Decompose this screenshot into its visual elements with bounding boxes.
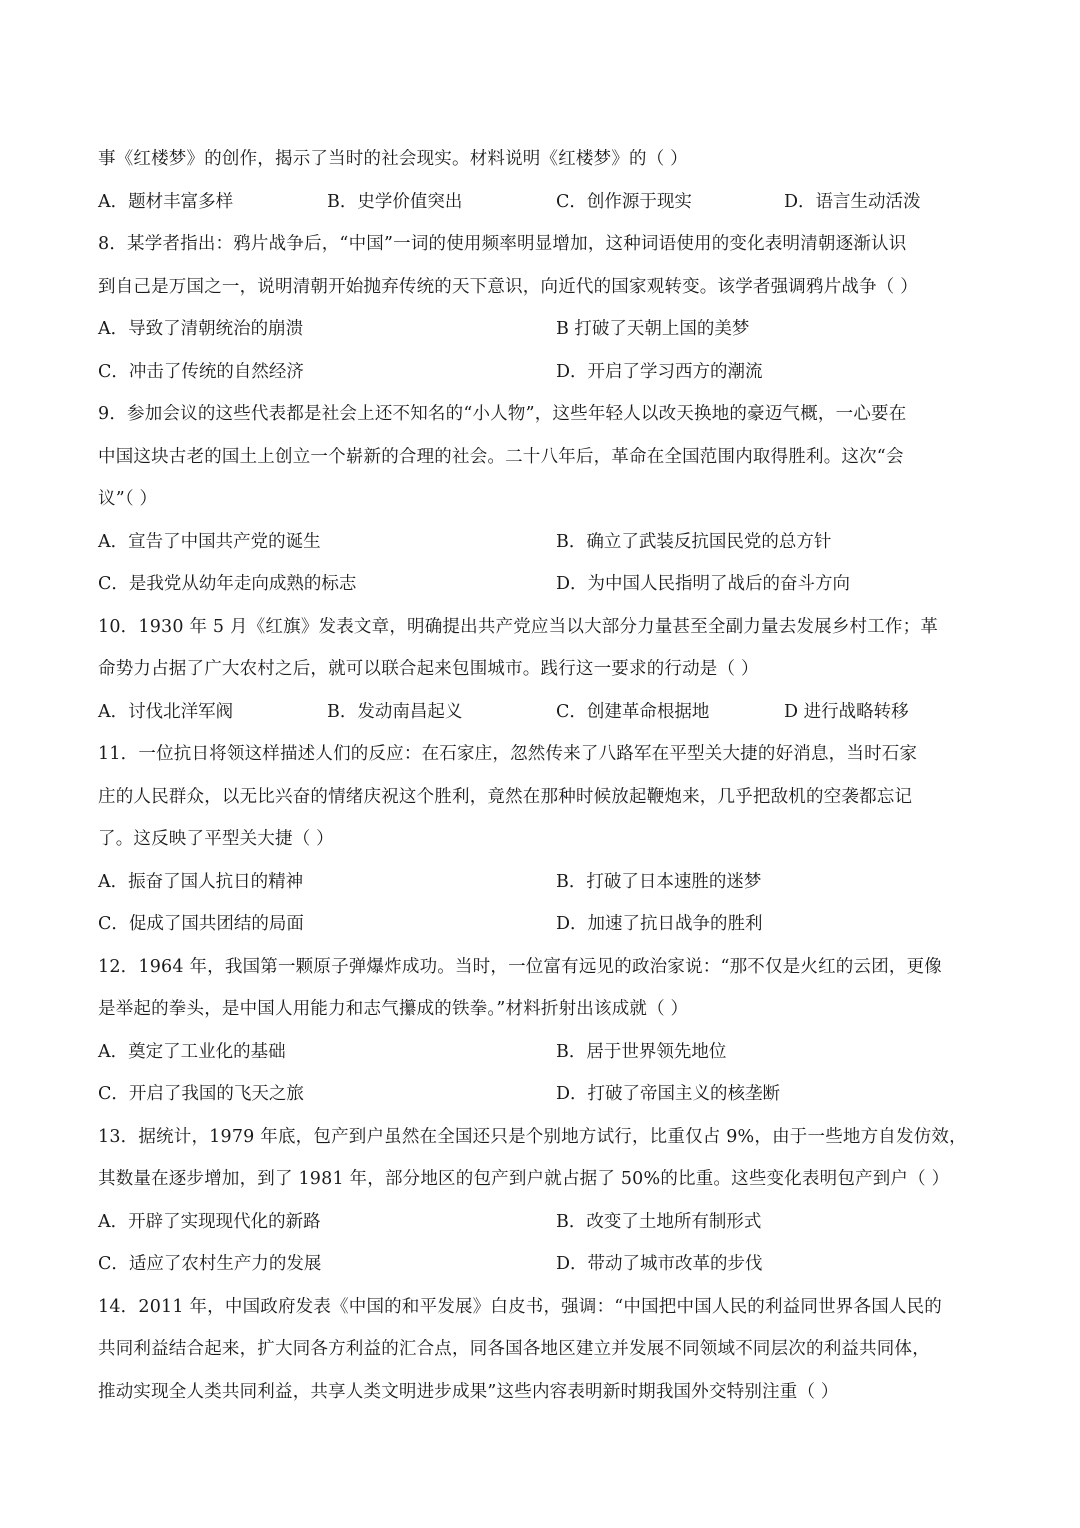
options-row: C．促成了国共团结的局面 D．加速了抗日战争的胜利: [98, 903, 998, 946]
option-b: B．改变了土地所有制形式: [556, 1201, 761, 1244]
question-stem-line: 庄的人民群众，以无比兴奋的情绪庆祝这个胜利，竟然在那种时候放起鞭炮来，几乎把敌机…: [98, 776, 998, 819]
option-d: D．打破了帝国主义的核垄断: [556, 1073, 780, 1116]
question-stem-line: 8．某学者指出：鸦片战争后，“中国”一词的使用频率明显增加，这种词语使用的变化表…: [98, 223, 998, 266]
option-c: C．开启了我国的飞天之旅: [98, 1073, 304, 1116]
question-stem-line: 共同利益结合起来，扩大同各方利益的汇合点，同各国各地区建立并发展不同领域不同层次…: [98, 1328, 998, 1371]
option-d: D 进行战略转移: [784, 691, 909, 734]
question-stem-line: 14．2011 年，中国政府发表《中国的和平发展》白皮书，强调：“中国把中国人民…: [98, 1286, 998, 1329]
question-stem-line: 到自己是万国之一，说明清朝开始抛弃传统的天下意识，向近代的国家观转变。该学者强调…: [98, 266, 998, 309]
question-stem-line: 了。这反映了平型关大捷（ ）: [98, 818, 998, 861]
option-b: B．史学价值突出: [327, 181, 462, 224]
option-b: B．打破了日本速胜的迷梦: [556, 861, 761, 904]
options-row: C．冲击了传统的自然经济 D．开启了学习西方的潮流: [98, 351, 998, 394]
option-b: B．居于世界领先地位: [556, 1031, 726, 1074]
options-row: A．奠定了工业化的基础 B．居于世界领先地位: [98, 1031, 998, 1074]
question-stem-line: 推动实现全人类共同利益，共享人类文明进步成果”这些内容表明新时期我国外交特别注重…: [98, 1371, 998, 1414]
option-b: B．确立了武装反抗国民党的总方针: [556, 521, 831, 564]
question-10: 10．1930 年 5 月《红旗》发表文章，明确提出共产党应当以大部分力量甚至全…: [98, 606, 998, 734]
question-stem-line: 10．1930 年 5 月《红旗》发表文章，明确提出共产党应当以大部分力量甚至全…: [98, 606, 998, 649]
question-stem-line: 13．据统计，1979 年底，包产到户虽然在全国还只是个别地方试行，比重仅占 9…: [98, 1116, 998, 1159]
options-row: C．适应了农村生产力的发展 D．带动了城市改革的步伐: [98, 1243, 998, 1286]
options-row: C．开启了我国的飞天之旅 D．打破了帝国主义的核垄断: [98, 1073, 998, 1116]
options-row: A．振奋了国人抗日的精神 B．打破了日本速胜的迷梦: [98, 861, 998, 904]
options-row: C．是我党从幼年走向成熟的标志 D．为中国人民指明了战后的奋斗方向: [98, 563, 998, 606]
question-8: 8．某学者指出：鸦片战争后，“中国”一词的使用频率明显增加，这种词语使用的变化表…: [98, 223, 998, 393]
question-stem-line: 中国这块古老的国土上创立一个崭新的合理的社会。二十八年后，革命在全国范围内取得胜…: [98, 436, 998, 479]
option-a: A．讨伐北洋军阀: [98, 691, 233, 734]
question-11: 11．一位抗日将领这样描述人们的反应：在石家庄，忽然传来了八路军在平型关大捷的好…: [98, 733, 998, 946]
option-d: D．语言生动活泼: [784, 181, 921, 224]
option-a: A．奠定了工业化的基础: [98, 1031, 286, 1074]
question-stem-line: 命势力占据了广大农村之后，就可以联合起来包围城市。践行这一要求的行动是（ ）: [98, 648, 998, 691]
question-9: 9．参加会议的这些代表都是社会上还不知名的“小人物”，这些年轻人以改天换地的豪迈…: [98, 393, 998, 606]
options-row: A．导致了清朝统治的崩溃 B 打破了天朝上国的美梦: [98, 308, 998, 351]
option-a: A．导致了清朝统治的崩溃: [98, 308, 303, 351]
exam-page: 事《红楼梦》的创作，揭示了当时的社会现实。材料说明《红楼梦》的（ ） A．题材丰…: [98, 138, 998, 1413]
option-d: D．加速了抗日战争的胜利: [556, 903, 763, 946]
options-row: A．讨伐北洋军阀 B．发动南昌起义 C．创建革命根据地 D 进行战略转移: [98, 691, 998, 734]
option-a: A．振奋了国人抗日的精神: [98, 861, 303, 904]
option-a: A．题材丰富多样: [98, 181, 233, 224]
question-14: 14．2011 年，中国政府发表《中国的和平发展》白皮书，强调：“中国把中国人民…: [98, 1286, 998, 1414]
option-d: D．为中国人民指明了战后的奋斗方向: [556, 563, 850, 606]
question-stem-line: 事《红楼梦》的创作，揭示了当时的社会现实。材料说明《红楼梦》的（ ）: [98, 138, 998, 181]
option-c: C．适应了农村生产力的发展: [98, 1243, 321, 1286]
option-a: A．宣告了中国共产党的诞生: [98, 521, 321, 564]
question-stem-line: 其数量在逐步增加，到了 1981 年，部分地区的包产到户就占据了 50%的比重。…: [98, 1158, 998, 1201]
question-12: 12．1964 年，我国第一颗原子弹爆炸成功。当时，一位富有远见的政治家说：“那…: [98, 946, 998, 1116]
option-d: D．开启了学习西方的潮流: [556, 351, 763, 394]
question-7: 事《红楼梦》的创作，揭示了当时的社会现实。材料说明《红楼梦》的（ ） A．题材丰…: [98, 138, 998, 223]
options-row: A．开辟了实现现代化的新路 B．改变了土地所有制形式: [98, 1201, 998, 1244]
option-c: C．是我党从幼年走向成熟的标志: [98, 563, 356, 606]
option-b: B 打破了天朝上国的美梦: [556, 308, 749, 351]
question-stem-line: 11．一位抗日将领这样描述人们的反应：在石家庄，忽然传来了八路军在平型关大捷的好…: [98, 733, 998, 776]
option-b: B．发动南昌起义: [327, 691, 462, 734]
option-d: D．带动了城市改革的步伐: [556, 1243, 763, 1286]
options-row: A．宣告了中国共产党的诞生 B．确立了武装反抗国民党的总方针: [98, 521, 998, 564]
question-stem-line: 议”（ ）: [98, 478, 998, 521]
option-c: C．促成了国共团结的局面: [98, 903, 304, 946]
options-row: A．题材丰富多样 B．史学价值突出 C．创作源于现实 D．语言生动活泼: [98, 181, 998, 224]
option-c: C．创建革命根据地: [556, 691, 709, 734]
option-a: A．开辟了实现现代化的新路: [98, 1201, 321, 1244]
option-c: C．创作源于现实: [556, 181, 692, 224]
question-stem-line: 是举起的拳头，是中国人用能力和志气攥成的铁拳。”材料折射出该成就（ ）: [98, 988, 998, 1031]
option-c: C．冲击了传统的自然经济: [98, 351, 304, 394]
question-13: 13．据统计，1979 年底，包产到户虽然在全国还只是个别地方试行，比重仅占 9…: [98, 1116, 998, 1286]
question-stem-line: 9．参加会议的这些代表都是社会上还不知名的“小人物”，这些年轻人以改天换地的豪迈…: [98, 393, 998, 436]
question-stem-line: 12．1964 年，我国第一颗原子弹爆炸成功。当时，一位富有远见的政治家说：“那…: [98, 946, 998, 989]
